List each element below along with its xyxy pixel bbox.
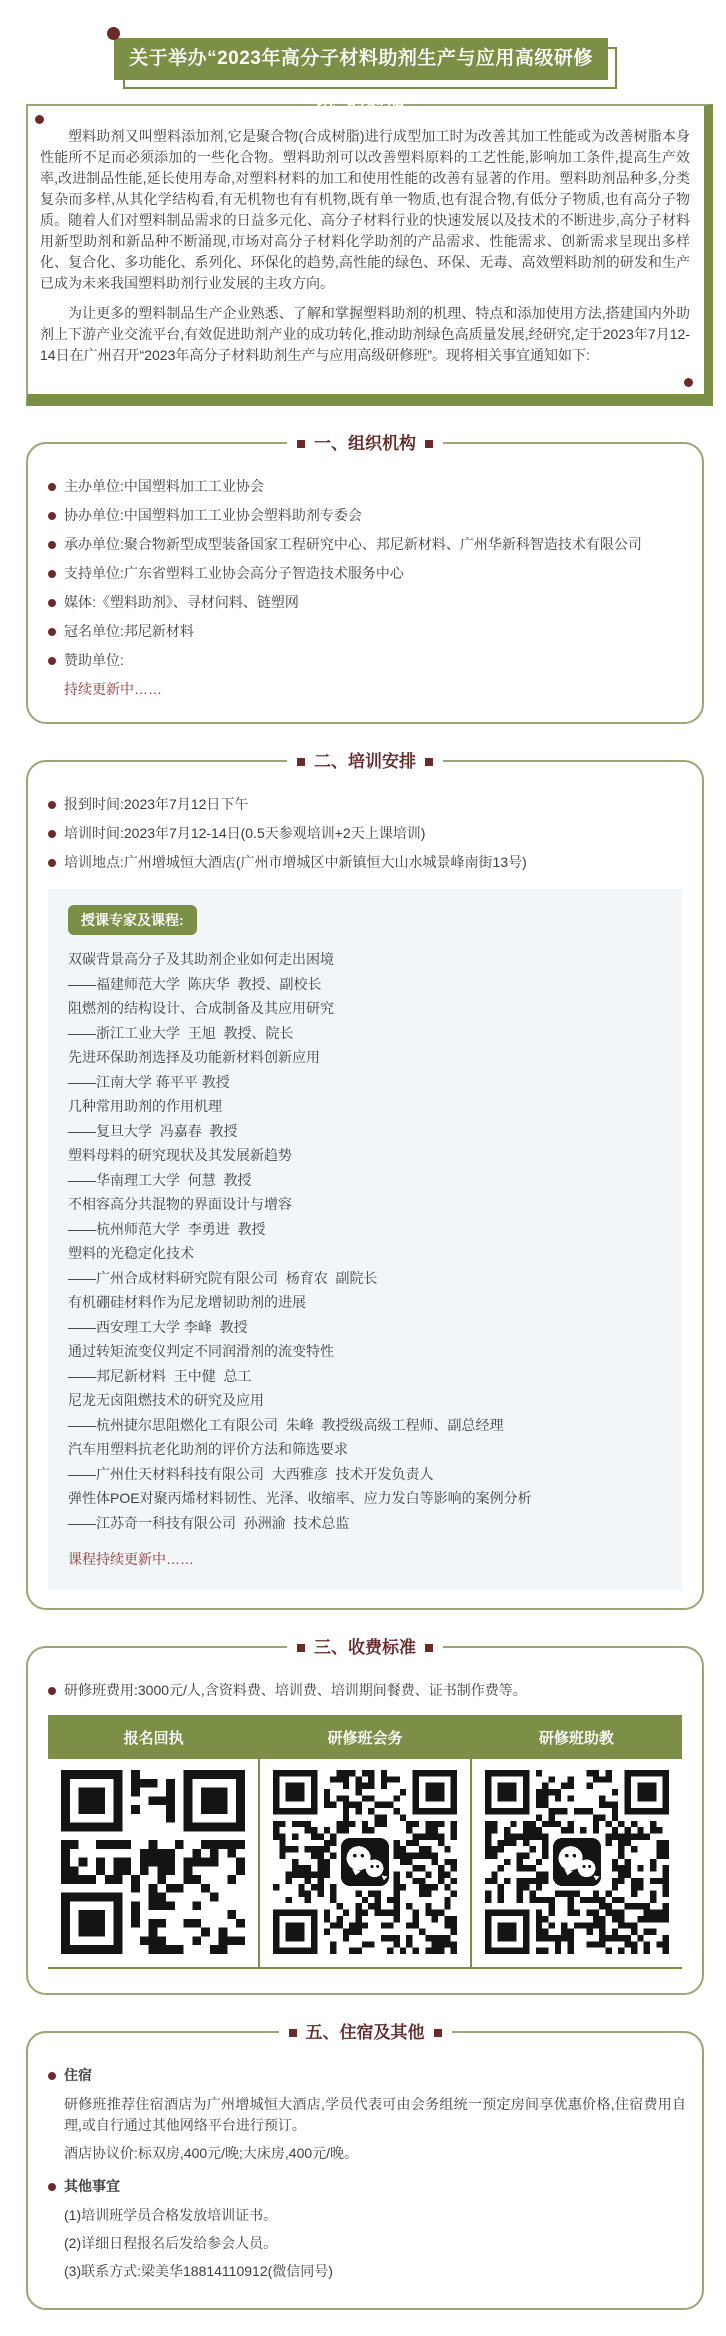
section-title: 五、住宿及其他 — [306, 2020, 425, 2046]
qr-code — [61, 1770, 245, 1954]
maroon-dot-icon — [35, 115, 44, 124]
course-lecturer: ——邦尼新材料 王中健 总工 — [68, 1364, 662, 1389]
section-title: 二、培训安排 — [314, 749, 416, 775]
schedule-list: 报到时间:2023年7月12日下午 培训时间:2023年7月12-14日(0.5… — [44, 794, 686, 873]
org-item: 承办单位:聚合物新型成型装备国家工程研究中心、邦尼新材料、广州华新科智造技术有限… — [44, 534, 686, 555]
courses-list: 双碳背景高分子及其助剂企业如何走出困境 ——福建师范大学 陈庆华 教授、副校长 … — [68, 947, 662, 1535]
course-lecturer: ——浙江工业大学 王旭 教授、院长 — [68, 1021, 662, 1046]
square-bullet-icon — [289, 2029, 297, 2037]
section-title: 一、组织机构 — [314, 431, 416, 457]
org-item-note: 持续更新中…… — [44, 679, 686, 700]
course-lecturer: ——复旦大学 冯嘉春 教授 — [68, 1119, 662, 1144]
other-line: (2)详细日程报名后发给参会人员。 — [44, 2233, 686, 2254]
square-bullet-icon — [434, 2029, 442, 2037]
course-title: 几种常用助剂的作用机理 — [68, 1094, 662, 1119]
section-header: 三、收费标准 — [28, 1635, 702, 1661]
schedule-item: 培训时间:2023年7月12-14日(0.5天参观培训+2天上课培训) — [44, 823, 686, 844]
section-lodging: 五、住宿及其他 住宿 研修班推荐住宿酒店为广州增城恒大酒店,学员代表可由会务组统… — [26, 2031, 704, 2310]
section-header: 二、培训安排 — [28, 749, 702, 775]
intro-paragraph: 塑料助剂又叫塑料添加剂,它是聚合物(合成树脂)进行成型加工时为改善其加工性能或为… — [40, 126, 690, 294]
course-title: 不相容高分共混物的界面设计与增容 — [68, 1192, 662, 1217]
qr-code — [485, 1770, 669, 1954]
section-title: 三、收费标准 — [314, 1635, 416, 1661]
org-item: 主办单位:中国塑料加工工业协会 — [44, 476, 686, 497]
other-line: (3)联系方式:梁美华18814110912(微信同号) — [44, 2261, 686, 2282]
intro-paragraphs: 塑料助剂又叫塑料添加剂,它是聚合物(合成树脂)进行成型加工时为改善其加工性能或为… — [40, 126, 690, 366]
courses-note: 课程持续更新中…… — [68, 1549, 662, 1570]
qr-col-header: 报名回执 — [48, 1727, 259, 1748]
maroon-dot-icon — [684, 378, 693, 387]
course-title: 汽车用塑料抗老化助剂的评价方法和筛选要求 — [68, 1437, 662, 1462]
course-lecturer: ——西安理工大学 李峰 教授 — [68, 1315, 662, 1340]
course-lecturer: ——广州合成材料研究院有限公司 杨育农 副院长 — [68, 1266, 662, 1291]
square-bullet-icon — [425, 758, 433, 766]
course-lecturer: ——华南理工大学 何慧 教授 — [68, 1168, 662, 1193]
fee-item: 研修班费用:3000元/人,含资料费、培训费、培训期间餐费、证书制作费等。 — [44, 1680, 686, 1701]
course-title: 阻燃剂的结构设计、合成制备及其应用研究 — [68, 996, 662, 1021]
courses-panel: 授课专家及课程: 双碳背景高分子及其助剂企业如何走出困境 ——福建师范大学 陈庆… — [48, 889, 682, 1590]
qr-col-header: 研修班会务 — [259, 1727, 470, 1748]
org-item: 媒体:《塑料助剂》、寻材问料、链塑网 — [44, 592, 686, 613]
square-bullet-icon — [297, 1644, 305, 1652]
org-item: 协办单位:中国塑料加工工业协会塑料助剂专委会 — [44, 505, 686, 526]
course-lecturer: ——江南大学 蒋平平 教授 — [68, 1070, 662, 1095]
square-bullet-icon — [297, 758, 305, 766]
fees-list: 研修班费用:3000元/人,含资料费、培训费、培训期间餐费、证书制作费等。 — [44, 1680, 686, 1701]
intro-paragraph: 为让更多的塑料制品生产企业熟悉、了解和掌握塑料助剂的机理、特点和添加使用方法,搭… — [40, 303, 690, 366]
qr-cell — [48, 1759, 260, 1967]
lodging-lines: 研修班推荐住宿酒店为广州增城恒大酒店,学员代表可由会务组统一预定房间享优惠价格,… — [44, 2094, 686, 2164]
courses-label-badge: 授课专家及课程: — [68, 905, 197, 935]
section-organization: 一、组织机构 主办单位:中国塑料加工工业协会 协办单位:中国塑料加工工业协会塑料… — [26, 442, 704, 724]
course-title: 塑料母料的研究现状及其发展新趋势 — [68, 1143, 662, 1168]
qr-table-header: 报名回执 研修班会务 研修班助教 — [48, 1715, 682, 1759]
section-header: 五、住宿及其他 — [28, 2020, 702, 2046]
square-bullet-icon — [297, 440, 305, 448]
org-item: 赞助单位: — [44, 650, 686, 671]
maroon-dot-icon — [107, 27, 120, 40]
course-title: 通过转矩流变仪判定不同润滑剂的流变特性 — [68, 1339, 662, 1364]
page-title: 关于举办“2023年高分子材料助剂生产与应用高级研修班”的通知 — [114, 38, 608, 80]
course-title: 塑料的光稳定化技术 — [68, 1241, 662, 1266]
course-lecturer: ——广州仕天材料科技有限公司 大西雅彦 技术开发负责人 — [68, 1462, 662, 1487]
page-header: 关于举办“2023年高分子材料助剂生产与应用高级研修班”的通知 — [114, 38, 608, 80]
lodging-group: 住宿 研修班推荐住宿酒店为广州增城恒大酒店,学员代表可由会务组统一预定房间享优惠… — [44, 2065, 686, 2164]
qr-table-body — [48, 1759, 682, 1969]
qr-cell — [260, 1759, 472, 1967]
other-group-label: 其他事宜 — [44, 2176, 686, 2197]
schedule-item: 报到时间:2023年7月12日下午 — [44, 794, 686, 815]
course-lecturer: ——杭州师范大学 李勇进 教授 — [68, 1217, 662, 1242]
lodging-group-label: 住宿 — [44, 2065, 686, 2086]
section-fees: 三、收费标准 研修班费用:3000元/人,含资料费、培训费、培训期间餐费、证书制… — [26, 1646, 704, 1995]
page-title-text: 关于举办“2023年高分子材料助剂生产与应用高级研修班”的通知 — [129, 48, 593, 111]
schedule-item: 培训地点:广州增城恒大酒店(广州市增城区中新镇恒大山水城景峰南街13号) — [44, 852, 686, 873]
qr-table: 报名回执 研修班会务 研修班助教 — [48, 1715, 682, 1969]
qr-col-header: 研修班助教 — [471, 1727, 682, 1748]
lodging-line: 研修班推荐住宿酒店为广州增城恒大酒店,学员代表可由会务组统一预定房间享优惠价格,… — [44, 2094, 686, 2136]
other-group: 其他事宜 (1)培训班学员合格发放培训证书。(2)详细日程报名后发给参会人员。(… — [44, 2176, 686, 2282]
org-item: 支持单位:广东省塑料工业协会高分子智造技术服务中心 — [44, 563, 686, 584]
intro-box: 塑料助剂又叫塑料添加剂,它是聚合物(合成树脂)进行成型加工时为改善其加工性能或为… — [26, 104, 713, 406]
course-lecturer: ——福建师范大学 陈庆华 教授、副校长 — [68, 972, 662, 997]
other-line: (1)培训班学员合格发放培训证书。 — [44, 2205, 686, 2226]
square-bullet-icon — [425, 1644, 433, 1652]
course-title: 尼龙无卤阻燃技术的研究及应用 — [68, 1388, 662, 1413]
course-title: 先进环保助剂选择及功能新材料创新应用 — [68, 1045, 662, 1070]
course-title: 双碳背景高分子及其助剂企业如何走出困境 — [68, 947, 662, 972]
section-schedule: 二、培训安排 报到时间:2023年7月12日下午 培训时间:2023年7月12-… — [26, 760, 704, 1610]
org-item: 冠名单位:邦尼新材料 — [44, 621, 686, 642]
course-title: 弹性体POE对聚丙烯材料韧性、光泽、收缩率、应力发白等影响的案例分析 — [68, 1486, 662, 1511]
lodging-line: 酒店协议价:标双房,400元/晚;大床房,400元/晚。 — [44, 2143, 686, 2164]
other-lines: (1)培训班学员合格发放培训证书。(2)详细日程报名后发给参会人员。(3)联系方… — [44, 2205, 686, 2282]
qr-cell — [472, 1759, 682, 1967]
qr-code — [273, 1770, 457, 1954]
section-header: 一、组织机构 — [28, 431, 702, 457]
course-lecturer: ——杭州捷尔思阻燃化工有限公司 朱峰 教授级高级工程师、副总经理 — [68, 1413, 662, 1438]
course-lecturer: ——江苏奇一科技有限公司 孙洲渝 技术总监 — [68, 1511, 662, 1536]
org-list: 主办单位:中国塑料加工工业协会 协办单位:中国塑料加工工业协会塑料助剂专委会 承… — [44, 476, 686, 700]
square-bullet-icon — [425, 440, 433, 448]
course-title: 有机硼硅材料作为尼龙增韧助剂的进展 — [68, 1290, 662, 1315]
